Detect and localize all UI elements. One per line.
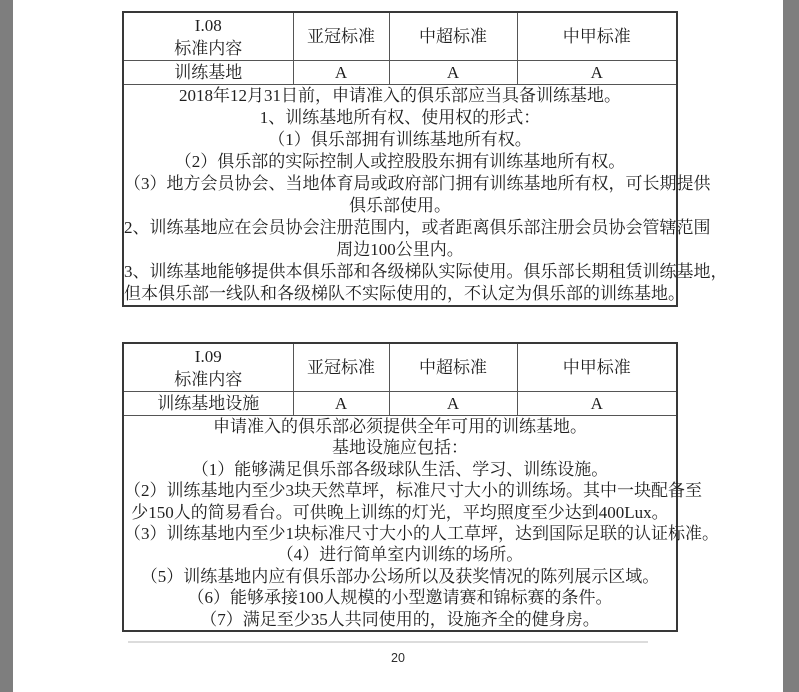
table-body-row: 2018年12月31日前，申请准入的俱乐部应当具备训练基地。1、训练基地所有权、…	[123, 85, 677, 307]
grade-cell: A	[389, 61, 517, 85]
table-header-row: I.08 标准内容 亚冠标准 中超标准 中甲标准	[123, 12, 677, 61]
body-text-line: （5）训练基地内应有俱乐部办公场所以及获奖情况的陈列展示区域。	[124, 566, 676, 587]
body-text-line: （3）地方会员协会、当地体育局或政府部门拥有训练基地所有权，可长期提供	[124, 173, 676, 195]
body-text-line: （4）进行简单室内训练的场所。	[124, 544, 676, 565]
body-text-line: 少150人的简易看台。可供晚上训练的灯光，平均照度至少达到400Lux。	[124, 502, 676, 523]
body-text-line: 周边100公里内。	[124, 239, 676, 261]
body-text-line: 2、训练基地应在会员协会注册范围内，或者距离俱乐部注册会员协会管辖范围	[124, 217, 676, 239]
table-item-row: 训练基地 A A A	[123, 61, 677, 85]
body-text-line: （2）俱乐部的实际控制人或控股股东拥有训练基地所有权。	[124, 151, 676, 173]
body-text-line: 俱乐部使用。	[124, 195, 676, 217]
body-text-line: （7）满足至少35人共同使用的，设施齐全的健身房。	[124, 609, 676, 630]
standard-table-i08: I.08 标准内容 亚冠标准 中超标准 中甲标准 训练基地 A A A 2018…	[122, 11, 678, 307]
page-number: 20	[13, 651, 783, 669]
table-header-row: I.09 标准内容 亚冠标准 中超标准 中甲标准	[123, 343, 677, 392]
body-text-line: （6）能够承接100人规模的小型邀请赛和锦标赛的条件。	[124, 587, 676, 608]
body-text-line: 1、训练基地所有权、使用权的形式：	[124, 107, 676, 129]
grade-cell: A	[389, 392, 517, 416]
viewer-gutter-left	[0, 0, 13, 692]
item-label: 训练基地	[123, 61, 293, 85]
standard-id-cell: I.09 标准内容	[123, 343, 293, 392]
column-header-afc: 亚冠标准	[293, 343, 389, 392]
body-text-line: （2）训练基地内至少3块天然草坪，标准尺寸大小的训练场。其中一块配备至	[124, 480, 676, 501]
grade-cell: A	[517, 392, 677, 416]
body-text-line: 但本俱乐部一线队和各级梯队不实际使用的，不认定为俱乐部的训练基地。	[124, 283, 676, 305]
standard-body-text: 申请准入的俱乐部必须提供全年可用的训练基地。基地设施应包括：（1）能够满足俱乐部…	[123, 416, 677, 632]
document-page: I.08 标准内容 亚冠标准 中超标准 中甲标准 训练基地 A A A 2018…	[13, 0, 783, 692]
column-header-league-one: 中甲标准	[517, 343, 677, 392]
standard-body-text: 2018年12月31日前，申请准入的俱乐部应当具备训练基地。1、训练基地所有权、…	[123, 85, 677, 307]
viewer-gutter-right	[783, 0, 799, 692]
standard-content-label: 标准内容	[124, 368, 293, 391]
body-text-line: 3、训练基地能够提供本俱乐部和各级梯队实际使用。俱乐部长期租赁训练基地，	[124, 261, 676, 283]
column-header-league-one: 中甲标准	[517, 12, 677, 61]
grade-cell: A	[293, 392, 389, 416]
standard-table-i09: I.09 标准内容 亚冠标准 中超标准 中甲标准 训练基地设施 A A A 申请…	[122, 342, 678, 632]
standard-code: I.09	[124, 345, 293, 368]
item-label: 训练基地设施	[123, 392, 293, 416]
body-text-line: （1）能够满足俱乐部各级球队生活、学习、训练设施。	[124, 459, 676, 480]
grade-cell: A	[293, 61, 389, 85]
body-text-line: 基地设施应包括：	[124, 437, 676, 458]
body-text-line: （1）俱乐部拥有训练基地所有权。	[124, 129, 676, 151]
standard-id-cell: I.08 标准内容	[123, 12, 293, 61]
table-shadow-line	[128, 641, 648, 643]
column-header-csl: 中超标准	[389, 343, 517, 392]
body-text-line: 申请准入的俱乐部必须提供全年可用的训练基地。	[124, 416, 676, 437]
table-body-row: 申请准入的俱乐部必须提供全年可用的训练基地。基地设施应包括：（1）能够满足俱乐部…	[123, 416, 677, 632]
column-header-afc: 亚冠标准	[293, 12, 389, 61]
table-item-row: 训练基地设施 A A A	[123, 392, 677, 416]
standard-code: I.08	[124, 14, 293, 37]
body-text-line: （3）训练基地内至少1块标准尺寸大小的人工草坪，达到国际足联的认证标准。	[124, 523, 676, 544]
standard-content-label: 标准内容	[124, 37, 293, 60]
grade-cell: A	[517, 61, 677, 85]
column-header-csl: 中超标准	[389, 12, 517, 61]
body-text-line: 2018年12月31日前，申请准入的俱乐部应当具备训练基地。	[124, 85, 676, 107]
